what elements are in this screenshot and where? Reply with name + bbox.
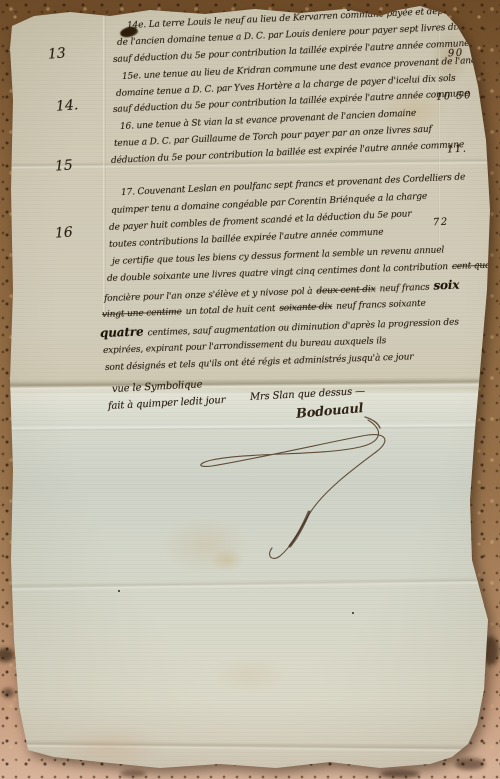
- stain: [210, 548, 244, 572]
- signature: Bodouaul: [295, 401, 363, 422]
- stain: [210, 655, 290, 695]
- stain: [160, 515, 250, 575]
- cert-text-struck: deux cent dix: [316, 285, 376, 297]
- signature-paraph-flourish: [140, 395, 420, 585]
- paper-sheet-wrap: 13 14. 15 16 14e. La terre Louis le neuf…: [0, 0, 500, 779]
- ink-speck: [118, 590, 120, 592]
- margin-number: 15: [54, 157, 73, 174]
- cert-text-struck: cent quatre vingt deux francs: [452, 257, 500, 272]
- amount-value: 72: [433, 217, 449, 229]
- margin-number: 13: [47, 45, 66, 62]
- cert-text: un total de huit cent: [186, 304, 276, 317]
- cork-background: 13 14. 15 16 14e. La terre Louis le neuf…: [0, 0, 500, 779]
- fold-crease: [0, 739, 500, 752]
- amount-value: 11.: [447, 143, 468, 155]
- cert-text: foncière pour l'an onze s'élève et y niv…: [104, 287, 313, 304]
- closing-line: Mrs Slan que dessus —: [250, 387, 365, 403]
- closing-line: vue le Symbolique: [112, 380, 203, 395]
- ink-speck: [352, 612, 354, 614]
- cert-text-heavy: soix: [433, 280, 459, 291]
- certification-line: expirées, expirant pour l'arrondissement…: [103, 336, 387, 356]
- vertical-crease: [438, 20, 440, 250]
- cert-text-struck: vingt une centime: [102, 307, 182, 320]
- margin-number: 16: [54, 224, 73, 241]
- cert-text: centimes, sauf augmentation ou diminutio…: [147, 317, 459, 338]
- stain: [55, 725, 165, 770]
- cert-text: neuf francs: [379, 283, 429, 295]
- vertical-crease: [103, 12, 106, 312]
- certification-line: quatrecentimes, sauf augmentation ou dim…: [100, 315, 459, 340]
- cert-text-struck: soixante dix: [279, 302, 332, 314]
- fold-crease-main: [0, 377, 500, 393]
- fold-crease: [0, 577, 500, 592]
- amount-value: 10 50: [436, 90, 473, 103]
- closing-line: fait à quimper ledit jour: [108, 396, 226, 412]
- cert-text-heavy: quatre: [100, 326, 144, 338]
- fold-crease: [0, 422, 500, 431]
- margin-number: 14.: [55, 97, 78, 115]
- manuscript-paper: 13 14. 15 16 14e. La terre Louis le neuf…: [0, 0, 500, 779]
- certification-line: sont désignés et tels qu'ils ont été rég…: [105, 352, 414, 373]
- cert-text: neuf francs soixante: [336, 299, 426, 312]
